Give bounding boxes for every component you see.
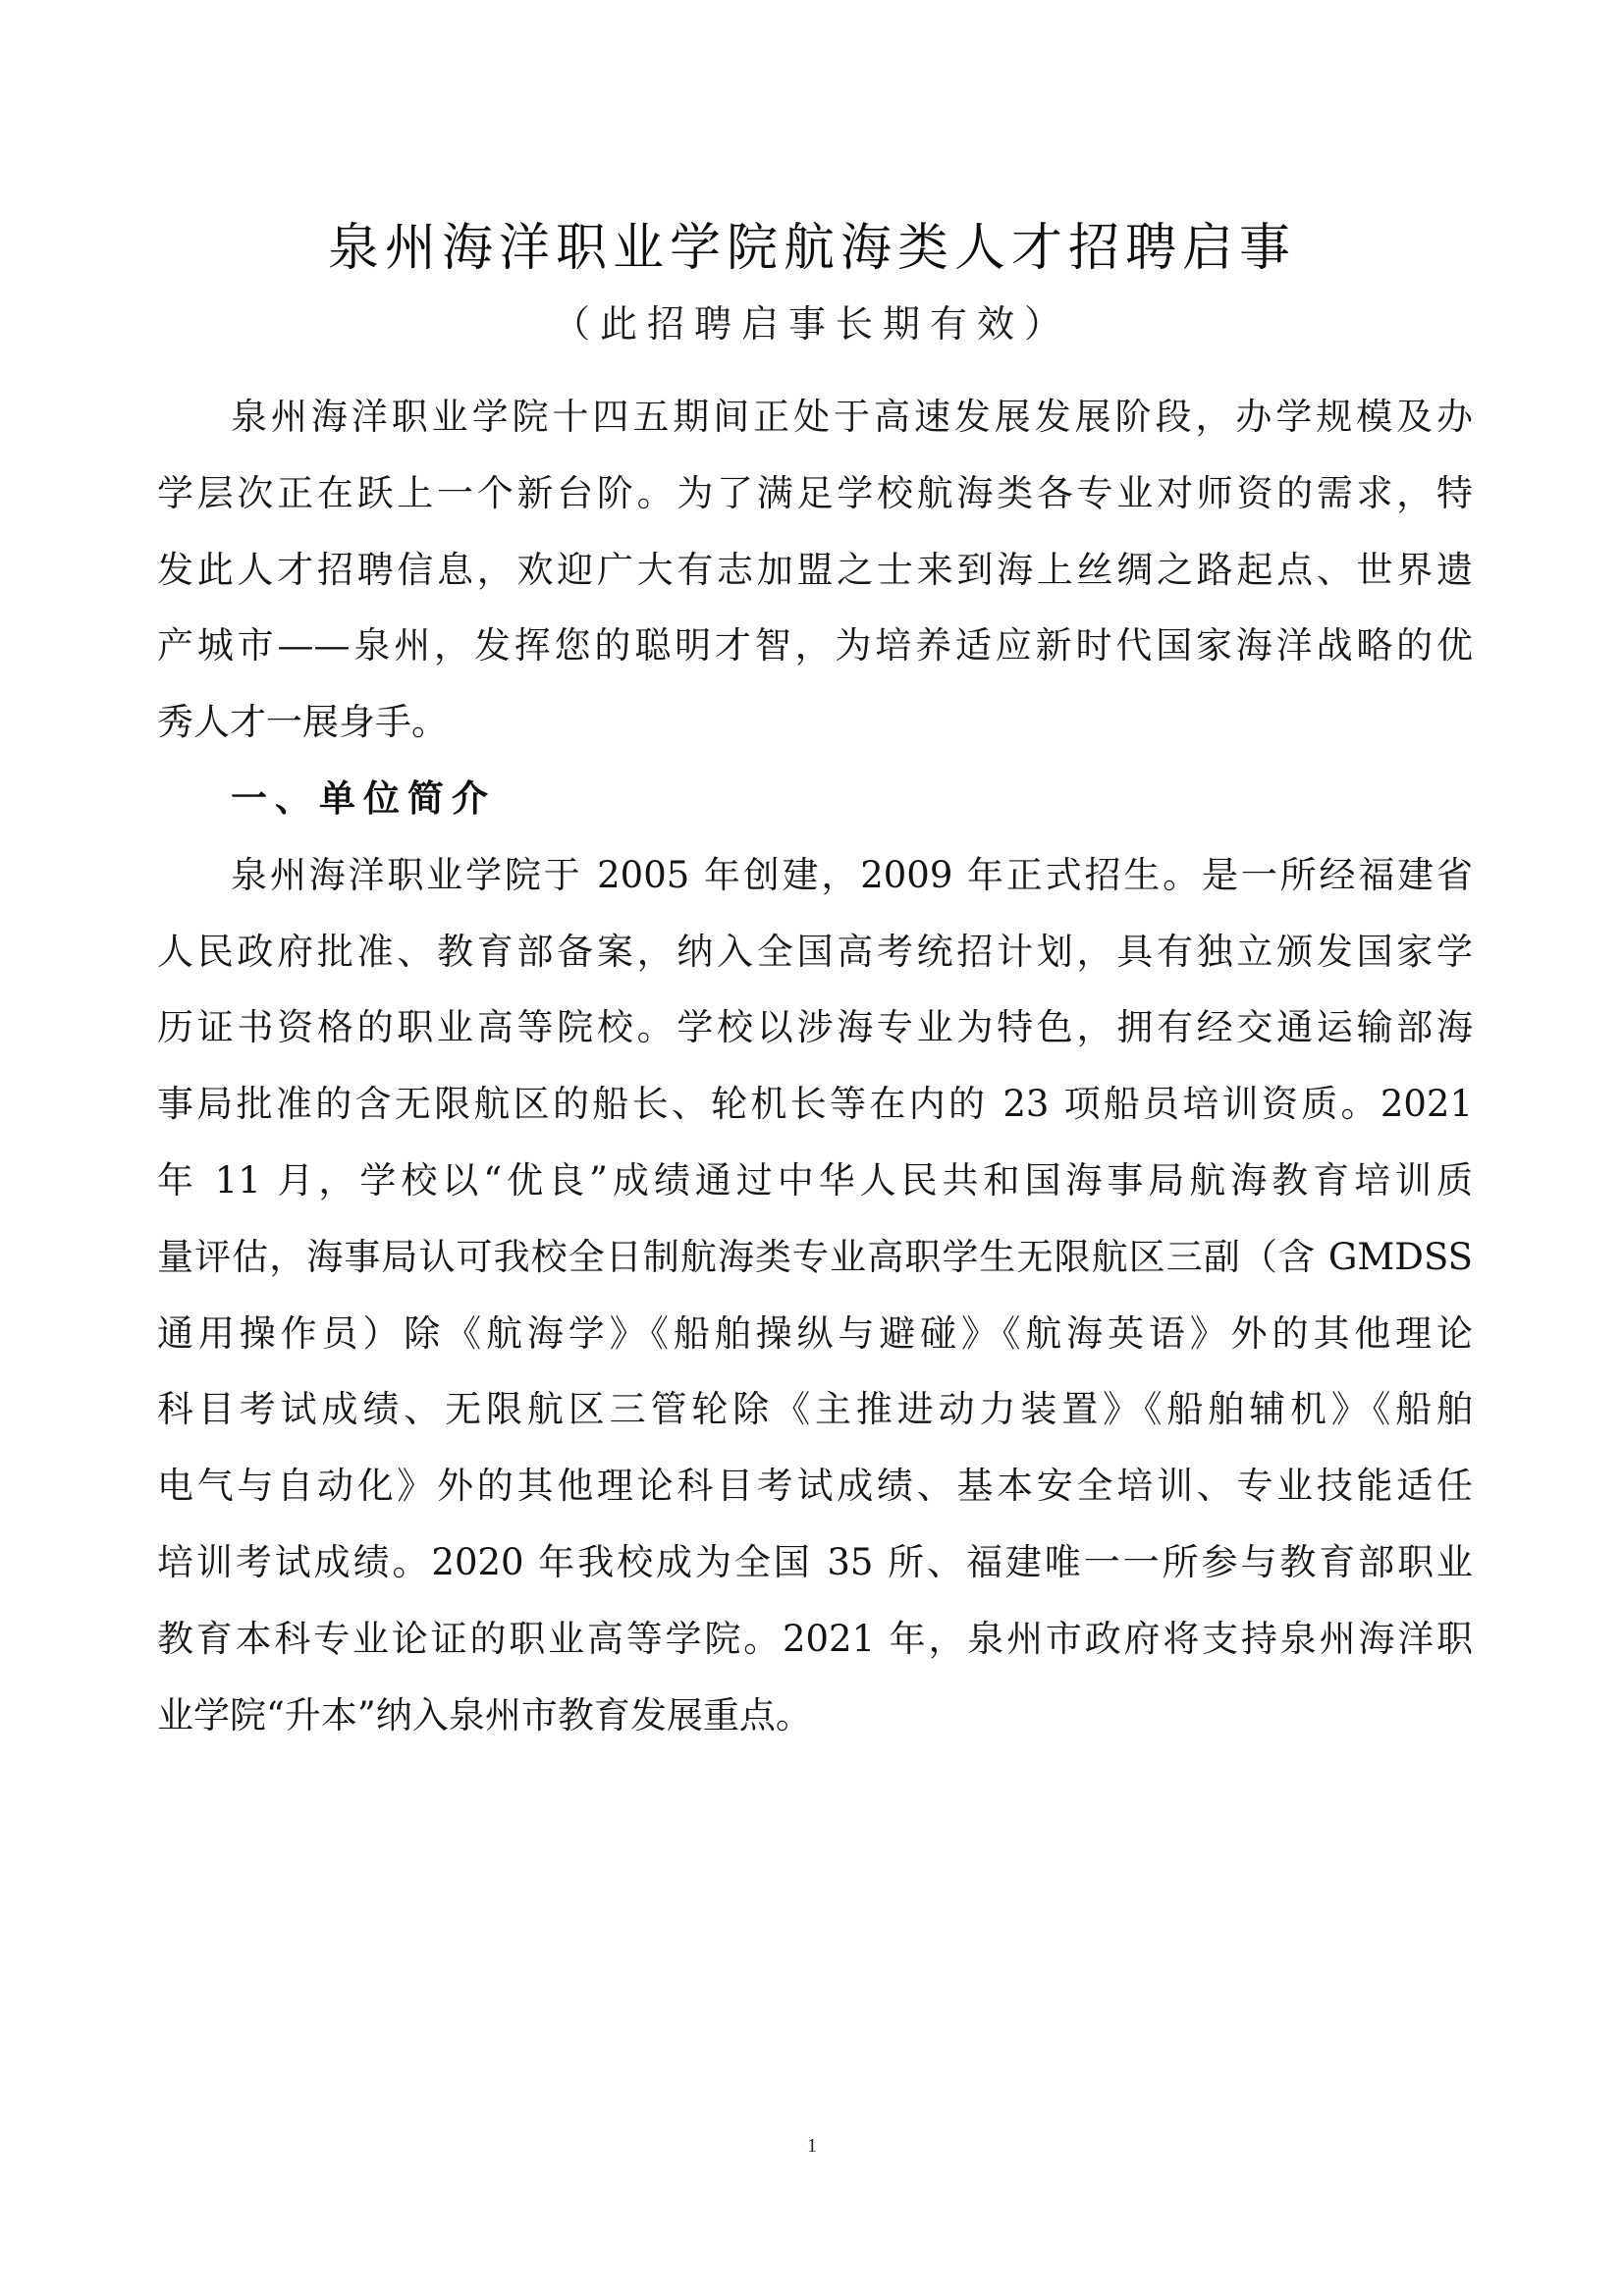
text-line: 学层次正在跃上一个新台阶。为了满足学校航海类各专业对师资的需求，特 bbox=[157, 455, 1473, 532]
intro-paragraph: 泉州海洋职业学院十四五期间正处于高速发展发展阶段，办学规模及办 学层次正在跃上一… bbox=[157, 379, 1473, 761]
text-line: 事局批准的含无限航区的船长、轮机长等在内的 23 项船员培训资质。2021 bbox=[157, 1066, 1473, 1143]
document-page: 泉州海洋职业学院航海类人才招聘启事 （此招聘启事长期有效） 泉州海洋职业学院十四… bbox=[0, 0, 1624, 2296]
text-line: 发此人才招聘信息，欢迎广大有志加盟之士来到海上丝绸之路起点、世界遗 bbox=[157, 532, 1473, 609]
text-line: 秀人才一展身手。 bbox=[157, 684, 1473, 761]
section-1-paragraph: 泉州海洋职业学院于 2005 年创建，2009 年正式招生。是一所经福建省 人民… bbox=[157, 837, 1473, 1754]
section-heading: 一、单位简介 bbox=[157, 761, 1473, 837]
text-line: 泉州海洋职业学院十四五期间正处于高速发展发展阶段，办学规模及办 bbox=[157, 379, 1473, 455]
text-line: 量评估，海事局认可我校全日制航海类专业高职学生无限航区三副（含 GMDSS bbox=[157, 1219, 1473, 1296]
document-body: 泉州海洋职业学院十四五期间正处于高速发展发展阶段，办学规模及办 学层次正在跃上一… bbox=[157, 379, 1473, 1753]
document-subtitle: （此招聘启事长期有效） bbox=[0, 294, 1624, 353]
text-line: 产城市——泉州，发挥您的聪明才智，为培养适应新时代国家海洋战略的优 bbox=[157, 608, 1473, 684]
text-line: 业学院“升本”纳入泉州市教育发展重点。 bbox=[157, 1678, 1473, 1754]
page-number: 1 bbox=[0, 2135, 1624, 2158]
text-line: 教育本科专业论证的职业高等学院。2021 年，泉州市政府将支持泉州海洋职 bbox=[157, 1601, 1473, 1678]
text-line: 电气与自动化》外的其他理论科目考试成绩、基本安全培训、专业技能适任 bbox=[157, 1448, 1473, 1524]
text-line: 培训考试成绩。2020 年我校成为全国 35 所、福建唯一一所参与教育部职业 bbox=[157, 1524, 1473, 1601]
text-line: 年 11 月，学校以“优良”成绩通过中华人民共和国海事局航海教育培训质 bbox=[157, 1143, 1473, 1219]
text-line: 人民政府批准、教育部备案，纳入全国高考统招计划，具有独立颁发国家学 bbox=[157, 914, 1473, 990]
document-title: 泉州海洋职业学院航海类人才招聘启事 bbox=[0, 214, 1624, 283]
text-line: 泉州海洋职业学院于 2005 年创建，2009 年正式招生。是一所经福建省 bbox=[157, 837, 1473, 914]
text-line: 通用操作员）除《航海学》《船舶操纵与避碰》《航海英语》外的其他理论 bbox=[157, 1296, 1473, 1372]
text-line: 历证书资格的职业高等院校。学校以涉海专业为特色，拥有经交通运输部海 bbox=[157, 989, 1473, 1066]
text-line: 科目考试成绩、无限航区三管轮除《主推进动力装置》《船舶辅机》《船舶 bbox=[157, 1371, 1473, 1448]
